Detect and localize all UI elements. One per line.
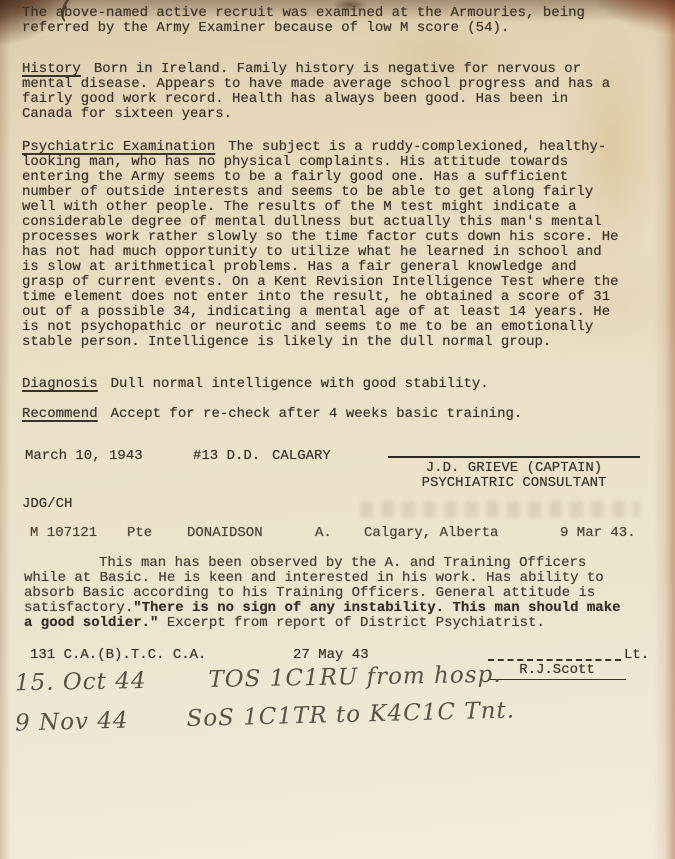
rank: Pte: [127, 526, 152, 541]
psychiatric-examination-heading: Psychiatric Examination: [22, 139, 215, 155]
initial: A.: [315, 526, 332, 541]
handwritten-text: SoS 1C1TR to K4C1C Tnt.: [186, 697, 515, 732]
paragraph-text: The above-named active recruit was exami…: [22, 5, 585, 36]
observation-paragraph: This man has been observed by the A. and…: [24, 556, 636, 631]
paragraph-psychiatric-examination: Psychiatric ExaminationThe subject is a …: [22, 140, 622, 350]
paragraph-text: Born in Ireland. Family history is negat…: [22, 61, 610, 122]
signature-dash-line: [488, 659, 621, 661]
signatory-name: J.D. GRIEVE (CAPTAIN): [388, 461, 640, 476]
unit-date: 27 May 43: [293, 648, 369, 663]
recommend-heading: Recommend: [22, 406, 98, 422]
paragraph-diagnosis: DiagnosisDull normal intelligence with g…: [22, 377, 622, 392]
document-page: ( The above-named active recruit was exa…: [0, 0, 675, 859]
handwritten-date: 9 Nov 44: [15, 708, 129, 737]
record-date: 9 Mar 43.: [560, 526, 636, 541]
signature-block: J.D. GRIEVE (CAPTAIN) PSYCHIATRIC CONSUL…: [388, 456, 640, 490]
signature-rule: [388, 456, 640, 458]
service-record-row: M 107121 Pte DONAIDSON A. Calgary, Alber…: [0, 526, 675, 542]
history-heading: History: [22, 61, 81, 77]
diagnosis-heading: Diagnosis: [22, 376, 98, 392]
location: Calgary, Alberta: [364, 526, 498, 541]
paragraph-intro: The above-named active recruit was exami…: [22, 6, 622, 36]
signatory-rank: Lt.: [624, 648, 649, 663]
report-date: March 10, 1943: [25, 449, 143, 464]
handwritten-text: TOS 1C1RU from hosp.: [208, 662, 502, 693]
paragraph-text: The subject is a ruddy-complexioned, hea…: [22, 139, 619, 350]
paragraph-text: Dull normal intelligence with good stabi…: [111, 376, 489, 392]
paragraph-recommend: RecommendAccept for re-check after 4 wee…: [22, 407, 622, 422]
paragraph-history: HistoryBorn in Ireland. Family history i…: [22, 62, 622, 122]
depot-number: #13 D.D.: [193, 449, 260, 464]
depot-city: CALGARY: [272, 449, 331, 464]
observation-segment: Excerpt from report of District Psychiat…: [158, 615, 544, 631]
ink-bleed-smudge: [360, 501, 640, 517]
typist-initials: JDG/CH: [22, 497, 72, 512]
handwritten-date: 15. Oct 44: [15, 668, 147, 696]
handwritten-note: 9 Nov 44 SoS 1C1TR to K4C1C Tnt.: [15, 697, 516, 736]
unit-designation: 131 C.A.(B).T.C. C.A.: [30, 648, 206, 663]
service-number: M 107121: [30, 526, 97, 541]
signatory-name: R.J.Scott: [488, 663, 626, 680]
paragraph-text: Accept for re-check after 4 weeks basic …: [111, 406, 523, 422]
signatory-title: PSYCHIATRIC CONSULTANT: [388, 476, 640, 491]
surname: DONAIDSON: [187, 526, 263, 541]
